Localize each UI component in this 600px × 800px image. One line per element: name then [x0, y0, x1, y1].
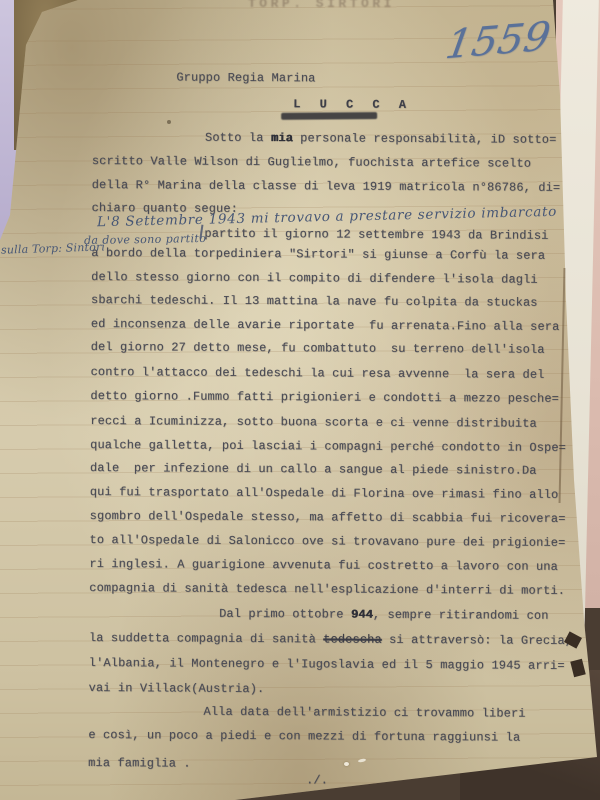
header-place: L U C C A: [293, 97, 412, 112]
header-unit: Gruppo Regia Marina: [176, 71, 315, 86]
typed-line: l'Albania, il Montenegro e l'Iugoslavia …: [89, 656, 565, 673]
typed-line: contro l'attacco dei tedeschi la cui res…: [91, 365, 545, 382]
line22-struck-word: tedescha: [323, 632, 382, 646]
typed-line: a bordo della torpediniera "Sirtori" si …: [91, 246, 545, 263]
strikeout-smudge: [281, 112, 377, 120]
typed-line: qui fui trasportato all'Ospedale di Flor…: [90, 485, 559, 502]
typed-line: scritto Valle Wilson di Guglielmo, fuoch…: [92, 154, 531, 171]
end-mark: ./.: [306, 773, 328, 787]
typed-line: la suddetta compagnia di sanità tedescha…: [89, 631, 572, 648]
typed-line: qualche galletta, poi lasciai i compagni…: [90, 438, 566, 455]
typed-line: ed inconsenza delle avarie riportate fu …: [91, 317, 560, 334]
typed-line: ri inglesi. A guarigione avvenuta fui co…: [89, 557, 558, 574]
typed-line: compagnia di sanità tedesca nell'esplica…: [89, 581, 565, 598]
typed-text-layer: Gruppo Regia Marina L U C C A Sotto la m…: [0, 0, 600, 800]
typed-line: vai in Villack(Austria).: [89, 681, 265, 696]
typed-line: Dal primo ottobre 944, sempre ritirandom…: [219, 607, 549, 623]
paper-speck: [167, 120, 171, 124]
typed-line: e così, un poco a piedi e con mezzi di f…: [88, 728, 520, 745]
typed-line: detto giorno .Fummo fatti prigionieri e …: [90, 389, 559, 406]
typed-line: mia famiglia .: [88, 756, 191, 771]
line21-overstruck-number: 944: [351, 608, 373, 622]
typed-line: Sotto la mia personale responsabilità, i…: [205, 131, 557, 147]
line1-overstruck-word: mia: [271, 131, 293, 145]
typed-line: del giorno 27 detto mese, fu combattuto …: [91, 340, 545, 357]
typed-line: dale per infezione di un callo a sangue …: [90, 461, 537, 478]
typed-line: Alla data dell'armistizio ci trovammo li…: [203, 705, 525, 721]
line1-pre: Sotto la: [205, 131, 271, 145]
line1-post: personale responsabilità, iD sotto=: [293, 131, 557, 147]
line21-pre: Dal primo ottobre: [219, 607, 351, 622]
line22-post: si attraversò: la Grecia,: [382, 633, 572, 648]
typed-line: to all'Ospedale di Salonicco ove si trov…: [90, 533, 566, 550]
typed-line-partito: partito il giorno 12 settembre 1943 da B…: [204, 227, 548, 243]
line21-post: , sempre ritirandomi con: [373, 608, 549, 623]
typed-line: recci a Icuminizza, sotto buona scorta e…: [90, 414, 537, 431]
typed-line: sgombro dell'Ospedale stesso, ma affetto…: [90, 509, 566, 526]
line22-pre: la suddetta compagnia di sanità: [89, 631, 323, 646]
typed-line: sbarchi tedeschi. Il 13 mattina la nave …: [91, 293, 538, 310]
typed-line: della R° Marina della classe di leva 191…: [92, 178, 561, 195]
typed-line: dello stesso giorno con il compito di di…: [91, 270, 538, 287]
paper-hole: [344, 762, 349, 766]
